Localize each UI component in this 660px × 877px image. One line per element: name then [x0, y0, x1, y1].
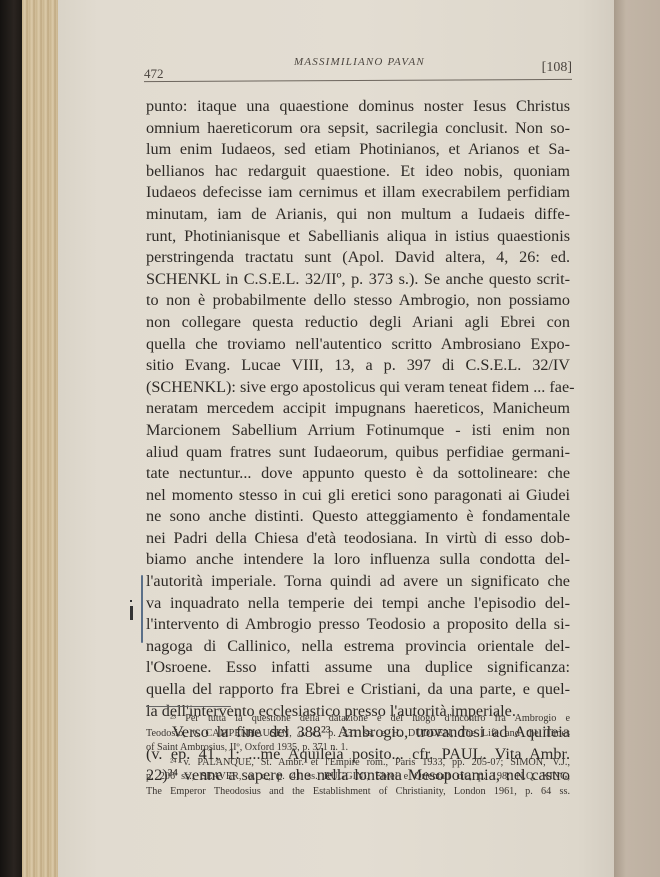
text-line: ne sono anche distinti. Questo atteggiam… [146, 506, 570, 528]
footnote-line: The Emperor Theodosius and the Establish… [146, 785, 570, 800]
footnote-line: Teodosio, v. CAMPENHAUSEN, o. c., p. 231… [146, 727, 570, 742]
text-line: tate nectuntur... dove appunto questo è … [146, 463, 570, 485]
running-head: 472 MASSIMILIANO PAVAN [108] [144, 56, 572, 78]
text-line: l'Osroene. Esso infatti assume una dupli… [146, 657, 570, 679]
text-line: l'intervento di Ambrogio presso Teodosio… [146, 614, 570, 636]
text-line: quella del rapporto fra Ebrei e Cristian… [146, 679, 570, 701]
footnote-line: ²⁴ v. PALANQUE, St. Ambr. et l'Empire ro… [146, 756, 570, 771]
text-line: biamo anche intendere la loro influenza … [146, 549, 570, 571]
body-text: punto: itaque una quaestione dominus nos… [146, 96, 570, 787]
page-number: 472 [144, 66, 164, 82]
footnotes: ²³ Per tutta la questione della datazion… [146, 712, 570, 799]
footnote-line: ²³ Per tutta la questione della datazion… [146, 712, 570, 727]
text-line: SCHENKL in C.S.E.L. 32/IIº, p. 373 s.). … [146, 269, 570, 291]
footnote-rule [146, 706, 231, 707]
margin-annotation-bar [130, 606, 133, 620]
text-line: omnium haereticorum ora sepsit, sacrileg… [146, 118, 570, 140]
text-line: nel momento stesso in cui gli eretici so… [146, 485, 570, 507]
facing-page-edge [614, 0, 660, 877]
margin-annotation-dot [130, 600, 132, 602]
footnote-line: of Saint Ambrosius, IIº, Oxford 1935, p.… [146, 741, 570, 756]
text-line: neratam mercedem accipit impugnans haere… [146, 398, 570, 420]
text-line: aliud quam fratres sunt Iudaeorum, quibu… [146, 442, 570, 464]
footnote-line: p. 206 ss.; SEAVER, o. c., p. 41 ss. RUG… [146, 770, 570, 785]
margin-pencil-mark [141, 575, 143, 643]
original-page-number: [108] [542, 60, 572, 76]
text-line: punto: itaque una quaestione dominus nos… [146, 96, 570, 118]
text-line: Iudaeos defecisse iam cernimus et illam … [146, 182, 570, 204]
text-line: quella che troviamo nell'autentico scrit… [146, 334, 570, 356]
text-line: minutam, iam de Arianis, qui non multum … [146, 204, 570, 226]
text-line: runt, Photinianisque et Sabellianis aliq… [146, 226, 570, 248]
text-line: va inquadrato nella temperie dei tempi a… [146, 593, 570, 615]
text-line: l'autorità imperiale. Torna quindi ad av… [146, 571, 570, 593]
footnote-23: ²³ Per tutta la questione della datazion… [146, 712, 570, 756]
text-line: lum enim Iudaeos, sed etiam Photinianos,… [146, 139, 570, 161]
text-line: non collegare questa reductio degli Aria… [146, 312, 570, 334]
running-head-author: MASSIMILIANO PAVAN [294, 56, 425, 68]
text-line: to non è probabilmente dello stesso Ambr… [146, 290, 570, 312]
text-line: nei Padri della Chiesa d'età teodosiana.… [146, 528, 570, 550]
text-line: Marcionem Sabellium Arrium Fotinumque - … [146, 420, 570, 442]
text-line: bellianos hac redarguit quaestione. Et i… [146, 161, 570, 183]
text-line: sitio Evang. Lucae VIII, 13, a p. 397 di… [146, 355, 570, 377]
book-page-edges [22, 0, 62, 877]
footnote-24: ²⁴ v. PALANQUE, St. Ambr. et l'Empire ro… [146, 756, 570, 800]
text-line: nagoga di Callinico, nella estrema provi… [146, 636, 570, 658]
text-line: perstringenda tractatu sunt (Apol. David… [146, 247, 570, 269]
text-line: (SCHENKL): sive ergo apostolicus qui ver… [146, 377, 570, 399]
